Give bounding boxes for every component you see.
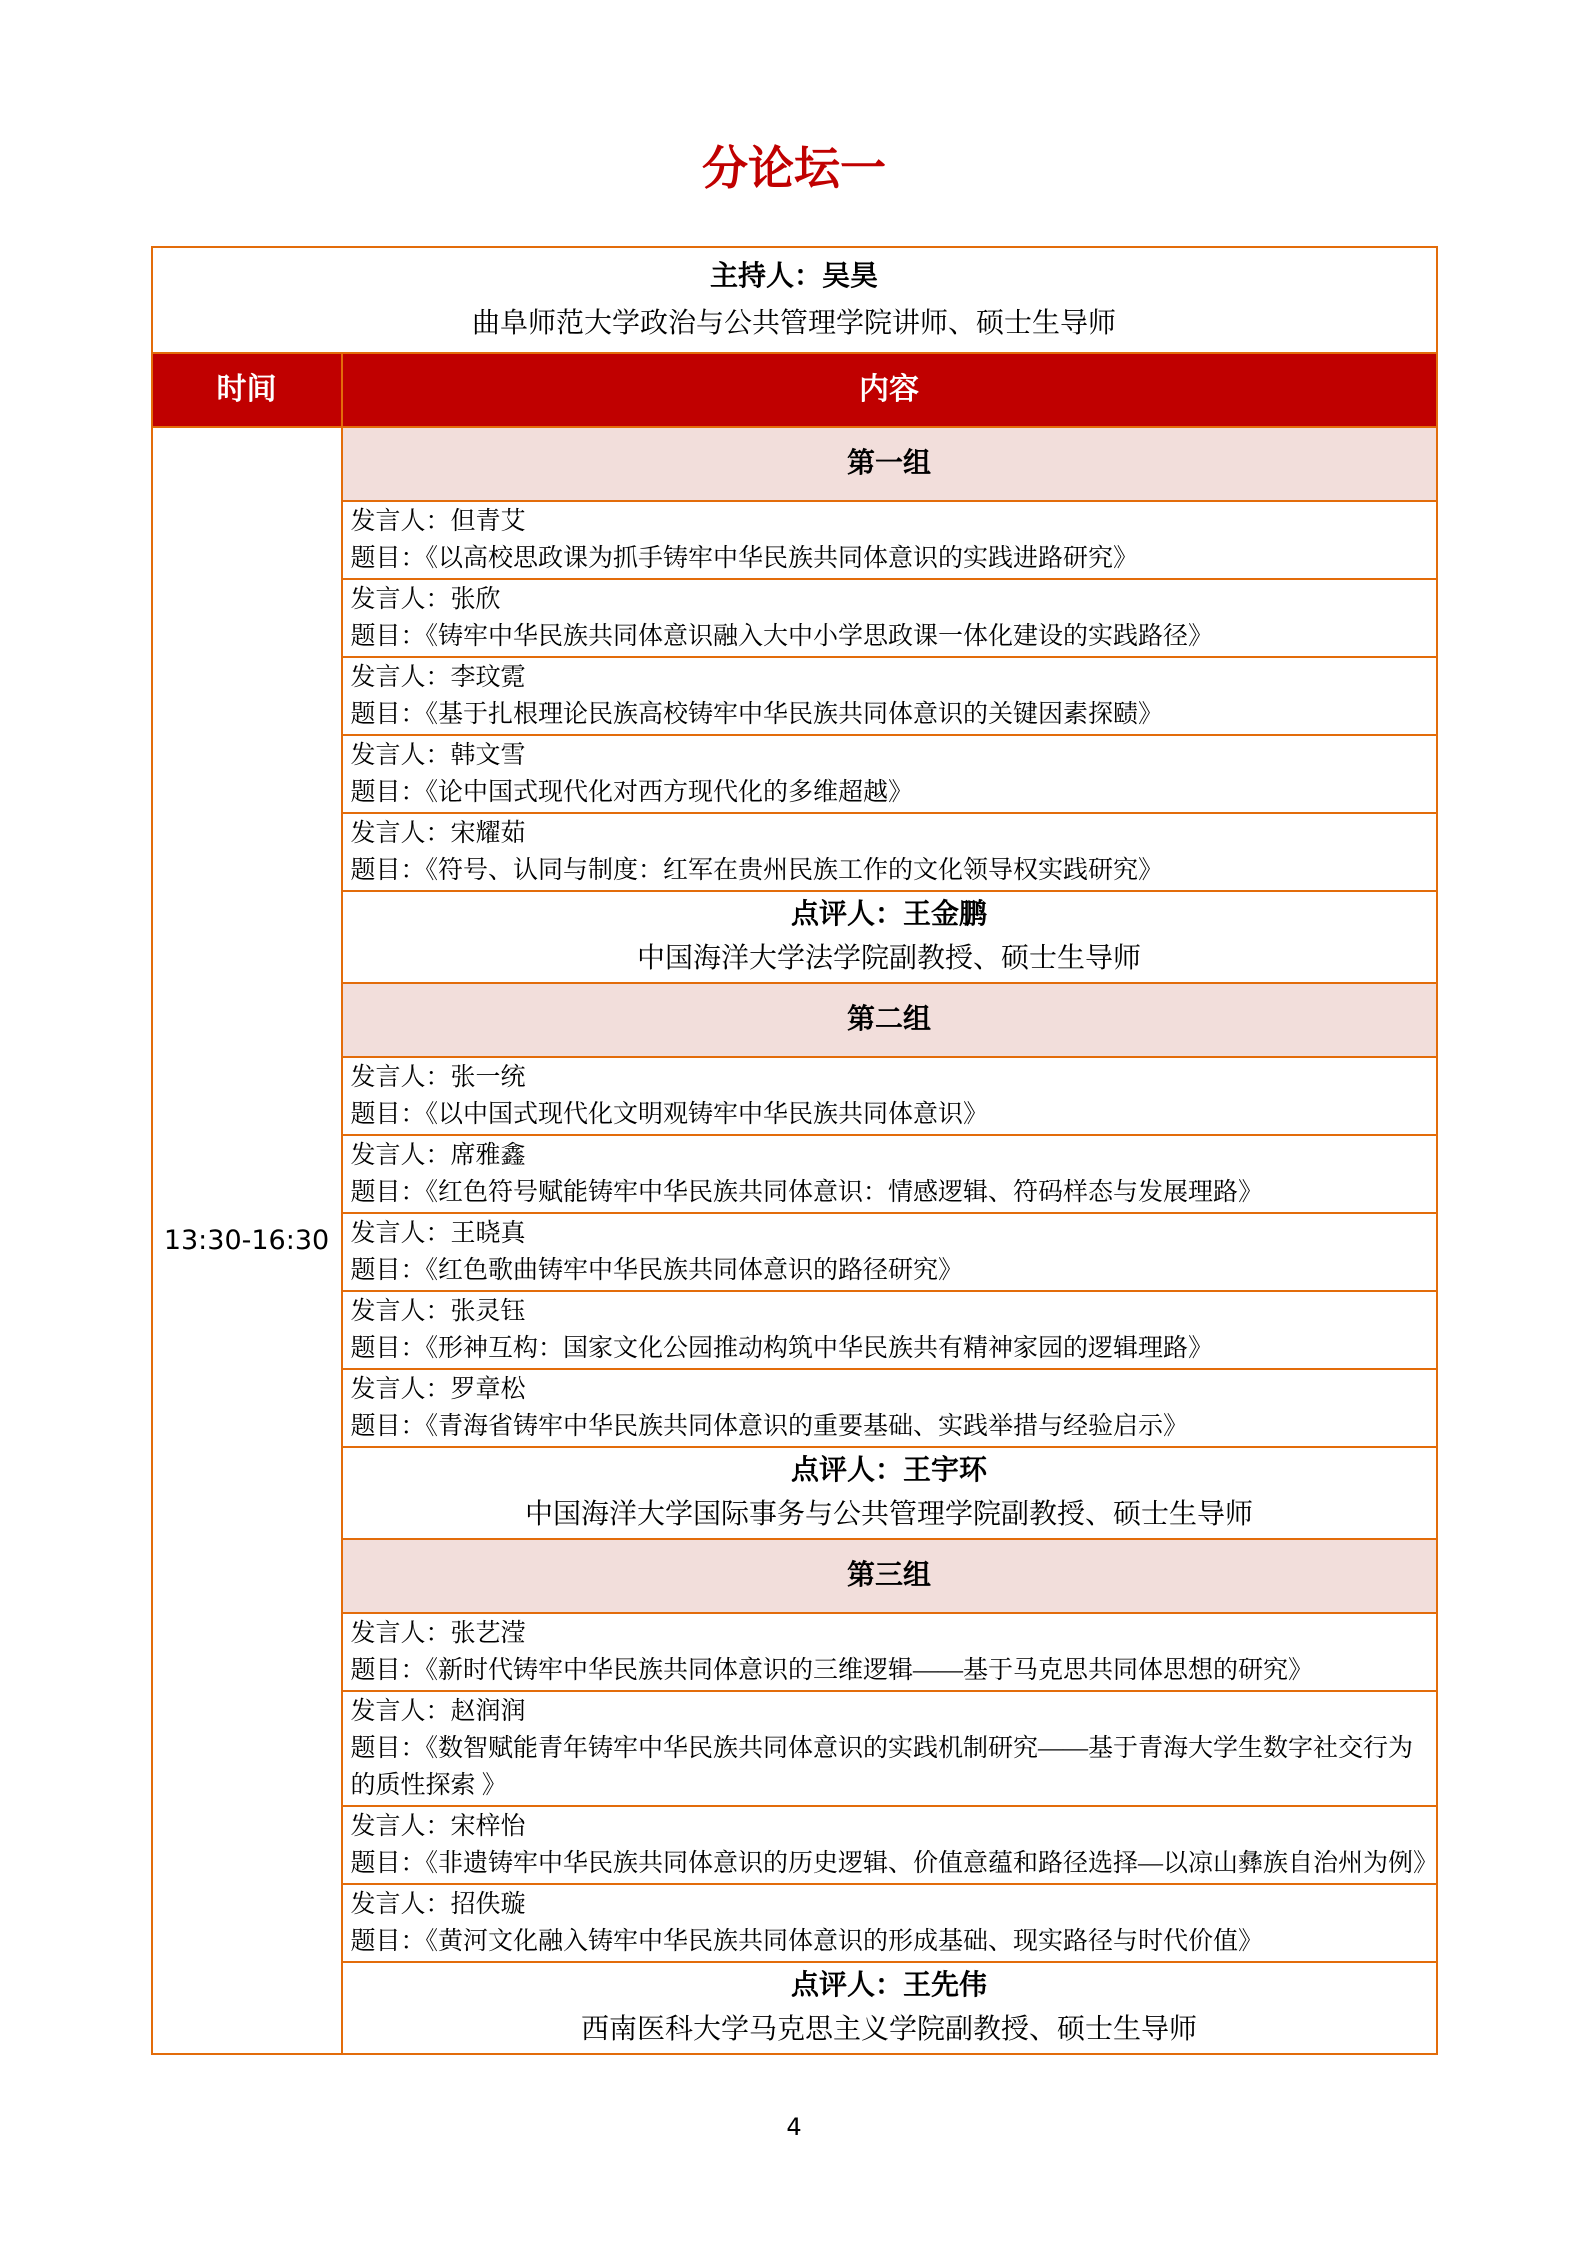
- speaker-name: 发言人：张艺滢: [351, 1615, 1428, 1652]
- time-slot-cell: 13:30-16:30: [153, 428, 343, 2053]
- speaker-name: 发言人：宋耀茹: [351, 815, 1428, 852]
- content-column: 第一组 发言人：但青艾 题目：《以高校思政课为抓手铸牢中华民族共同体意识的实践进…: [343, 428, 1436, 2053]
- speaker-topic: 题目：《以中国式现代化文明观铸牢中华民族共同体意识》: [351, 1096, 1428, 1133]
- speaker-name: 发言人：张灵钰: [351, 1293, 1428, 1330]
- speaker-row: 发言人：罗章松 题目：《青海省铸牢中华民族共同体意识的重要基础、实践举措与经验启…: [343, 1370, 1436, 1448]
- speaker-topic: 题目：《基于扎根理论民族高校铸牢中华民族共同体意识的关键因素探赜》: [351, 696, 1428, 733]
- speaker-row: 发言人：但青艾 题目：《以高校思政课为抓手铸牢中华民族共同体意识的实践进路研究》: [343, 502, 1436, 580]
- speaker-row: 发言人：席雅鑫 题目：《红色符号赋能铸牢中华民族共同体意识：情感逻辑、符码样态与…: [343, 1136, 1436, 1214]
- speaker-topic: 题目：《形神互构：国家文化公园推动构筑中华民族共有精神家园的逻辑理路》: [351, 1330, 1428, 1367]
- speaker-row: 发言人：韩文雪 题目：《论中国式现代化对西方现代化的多维超越》: [343, 736, 1436, 814]
- host-row: 主持人：吴昊 曲阜师范大学政治与公共管理学院讲师、硕士生导师: [153, 248, 1436, 354]
- forum-schedule-table: 主持人：吴昊 曲阜师范大学政治与公共管理学院讲师、硕士生导师 时间 内容 13:…: [151, 246, 1438, 2055]
- table-column-header: 时间 内容: [153, 354, 1436, 428]
- commentator-row: 点评人：王金鹏 中国海洋大学法学院副教授、硕士生导师: [343, 892, 1436, 984]
- speaker-topic: 题目：《黄河文化融入铸牢中华民族共同体意识的形成基础、现实路径与时代价值》: [351, 1923, 1428, 1960]
- speaker-topic: 题目：《符号、认同与制度：红军在贵州民族工作的文化领导权实践研究》: [351, 852, 1428, 889]
- speaker-row: 发言人：张艺滢 题目：《新时代铸牢中华民族共同体意识的三维逻辑——基于马克思共同…: [343, 1614, 1436, 1692]
- speaker-row: 发言人：李玟霓 题目：《基于扎根理论民族高校铸牢中华民族共同体意识的关键因素探赜…: [343, 658, 1436, 736]
- speaker-name: 发言人：招佚璇: [351, 1886, 1428, 1923]
- commentator-name: 点评人：王金鹏: [351, 893, 1428, 937]
- speaker-topic: 题目：《红色歌曲铸牢中华民族共同体意识的路径研究》: [351, 1252, 1428, 1289]
- group-header: 第三组: [343, 1540, 1436, 1614]
- speaker-row: 发言人：王晓真 题目：《红色歌曲铸牢中华民族共同体意识的路径研究》: [343, 1214, 1436, 1292]
- page-number: 4: [0, 2113, 1588, 2141]
- group-header: 第二组: [343, 984, 1436, 1058]
- document-page: 分论坛一 主持人：吴昊 曲阜师范大学政治与公共管理学院讲师、硕士生导师 时间 内…: [0, 0, 1588, 2245]
- speaker-name: 发言人：罗章松: [351, 1371, 1428, 1408]
- host-name: 主持人：吴昊: [163, 253, 1426, 300]
- table-body: 13:30-16:30 第一组 发言人：但青艾 题目：《以高校思政课为抓手铸牢中…: [153, 428, 1436, 2053]
- speaker-topic: 题目：《数智赋能青年铸牢中华民族共同体意识的实践机制研究——基于青海大学生数字社…: [351, 1730, 1428, 1804]
- speaker-name: 发言人：宋梓怡: [351, 1808, 1428, 1845]
- speaker-topic: 题目：《以高校思政课为抓手铸牢中华民族共同体意识的实践进路研究》: [351, 540, 1428, 577]
- speaker-row: 发言人：招佚璇 题目：《黄河文化融入铸牢中华民族共同体意识的形成基础、现实路径与…: [343, 1885, 1436, 1963]
- commentator-name: 点评人：王先伟: [351, 1964, 1428, 2008]
- speaker-row: 发言人：张一统 题目：《以中国式现代化文明观铸牢中华民族共同体意识》: [343, 1058, 1436, 1136]
- speaker-name: 发言人：韩文雪: [351, 737, 1428, 774]
- speaker-row: 发言人：宋耀茹 题目：《符号、认同与制度：红军在贵州民族工作的文化领导权实践研究…: [343, 814, 1436, 892]
- commentator-affiliation: 西南医科大学马克思主义学院副教授、硕士生导师: [351, 2008, 1428, 2052]
- speaker-row: 发言人：宋梓怡 题目：《非遗铸牢中华民族共同体意识的历史逻辑、价值意蕴和路径选择…: [343, 1807, 1436, 1885]
- host-affiliation: 曲阜师范大学政治与公共管理学院讲师、硕士生导师: [163, 300, 1426, 347]
- commentator-row: 点评人：王先伟 西南医科大学马克思主义学院副教授、硕士生导师: [343, 1963, 1436, 2053]
- speaker-topic: 题目：《青海省铸牢中华民族共同体意识的重要基础、实践举措与经验启示》: [351, 1408, 1428, 1445]
- speaker-topic: 题目：《非遗铸牢中华民族共同体意识的历史逻辑、价值意蕴和路径选择—以凉山彝族自治…: [351, 1845, 1428, 1882]
- page-title: 分论坛一: [0, 0, 1588, 196]
- speaker-topic: 题目：《铸牢中华民族共同体意识融入大中小学思政课一体化建设的实践路径》: [351, 618, 1428, 655]
- speaker-name: 发言人：张一统: [351, 1059, 1428, 1096]
- speaker-name: 发言人：席雅鑫: [351, 1137, 1428, 1174]
- speaker-topic: 题目：《新时代铸牢中华民族共同体意识的三维逻辑——基于马克思共同体思想的研究》: [351, 1652, 1428, 1689]
- speaker-row: 发言人：赵润润 题目：《数智赋能青年铸牢中华民族共同体意识的实践机制研究——基于…: [343, 1692, 1436, 1807]
- commentator-affiliation: 中国海洋大学国际事务与公共管理学院副教授、硕士生导师: [351, 1493, 1428, 1537]
- speaker-name: 发言人：王晓真: [351, 1215, 1428, 1252]
- group-header: 第一组: [343, 428, 1436, 502]
- speaker-name: 发言人：李玟霓: [351, 659, 1428, 696]
- speaker-topic: 题目：《论中国式现代化对西方现代化的多维超越》: [351, 774, 1428, 811]
- commentator-name: 点评人：王宇环: [351, 1449, 1428, 1493]
- column-header-time: 时间: [153, 354, 343, 426]
- commentator-row: 点评人：王宇环 中国海洋大学国际事务与公共管理学院副教授、硕士生导师: [343, 1448, 1436, 1540]
- column-header-content: 内容: [343, 354, 1436, 426]
- speaker-name: 发言人：张欣: [351, 581, 1428, 618]
- speaker-name: 发言人：赵润润: [351, 1693, 1428, 1730]
- speaker-topic: 题目：《红色符号赋能铸牢中华民族共同体意识：情感逻辑、符码样态与发展理路》: [351, 1174, 1428, 1211]
- commentator-affiliation: 中国海洋大学法学院副教授、硕士生导师: [351, 937, 1428, 981]
- speaker-row: 发言人：张灵钰 题目：《形神互构：国家文化公园推动构筑中华民族共有精神家园的逻辑…: [343, 1292, 1436, 1370]
- speaker-name: 发言人：但青艾: [351, 503, 1428, 540]
- speaker-row: 发言人：张欣 题目：《铸牢中华民族共同体意识融入大中小学思政课一体化建设的实践路…: [343, 580, 1436, 658]
